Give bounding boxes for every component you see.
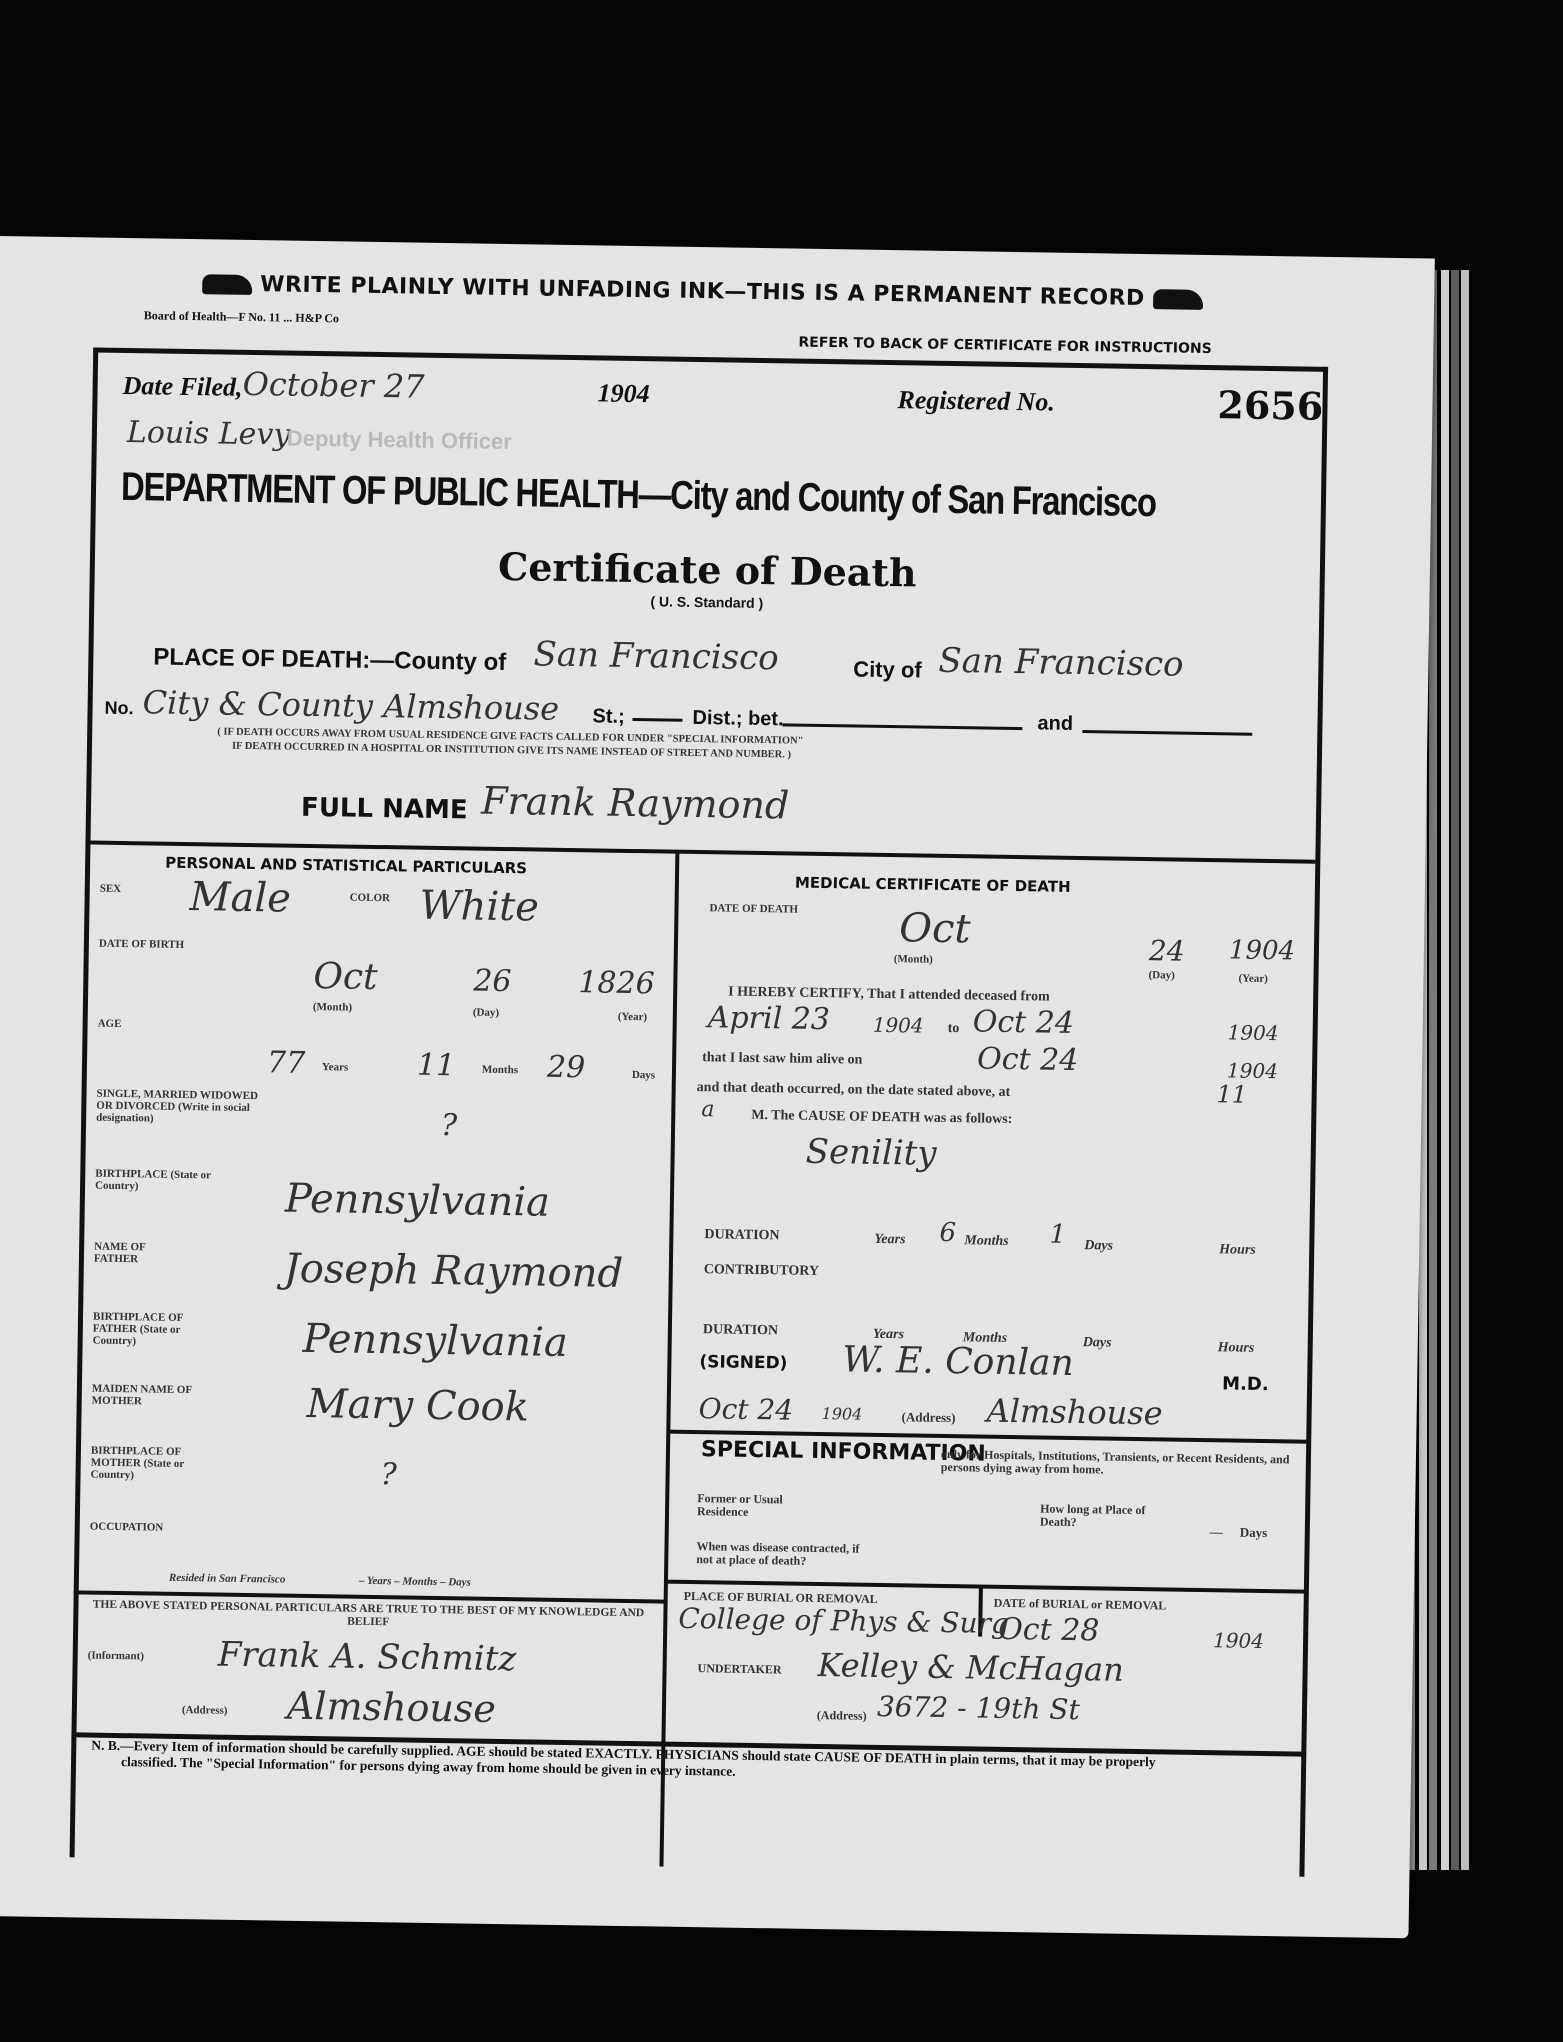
medical-section-title: MEDICAL CERTIFICATE OF DEATH <box>795 874 1071 896</box>
physician-address: Almshouse <box>986 1392 1163 1433</box>
dob-month-caption: (Month) <box>313 1001 352 1014</box>
permanent-record-warning: WRITE PLAINLY WITH UNFADING INK—THIS IS … <box>194 271 1211 312</box>
attest-statement: THE ABOVE STATED PERSONAL PARTICULARS AR… <box>83 1598 653 1632</box>
age-months-caption: Months <box>482 1064 518 1077</box>
county-value: San Francisco <box>533 634 779 678</box>
attended-to-year: 1904 <box>1227 1020 1278 1045</box>
deputy-signature: Louis Levy <box>127 415 291 453</box>
street-no-value: City & County Almshouse <box>142 683 559 728</box>
father-birthplace-label: BIRTHPLACE OF FATHER (State or Country) <box>93 1311 224 1349</box>
father-name-label: NAME OF FATHER <box>94 1241 184 1267</box>
department-title: DEPARTMENT OF PUBLIC HEALTH—City and Cou… <box>121 465 1156 526</box>
dob-day-caption: (Day) <box>473 1007 499 1020</box>
resided-value: – Years – Months – Days <box>359 1575 471 1589</box>
time-of-death-ampm: a <box>701 1097 715 1122</box>
occurred-text: and that death occurred, on the date sta… <box>697 1080 1011 1100</box>
mother-name-label: MAIDEN NAME OF MOTHER <box>92 1383 212 1409</box>
burial-place-value: College of Phys & Surg <box>678 1602 1009 1640</box>
registered-label: Registered No. <box>897 385 1055 417</box>
physician-signature: W. E. Conlan <box>842 1339 1074 1384</box>
mother-name-value: Mary Cook <box>306 1381 529 1430</box>
informant-address-value: Almshouse <box>287 1684 497 1731</box>
birthplace-label: BIRTHPLACE (State or Country) <box>95 1168 225 1194</box>
attended-from: April 23 <box>708 1000 831 1037</box>
how-long-days-caption: Days <box>1240 1526 1268 1541</box>
cause-text: M. The CAUSE OF DEATH was as follows: <box>751 1108 1012 1127</box>
dob-day: 26 <box>473 964 512 1000</box>
street-no-label: No. <box>104 698 133 719</box>
last-saw-year: 1904 <box>1227 1058 1278 1083</box>
age-label: AGE <box>98 1018 122 1030</box>
how-long-value: — <box>1210 1525 1223 1539</box>
age-months: 11 <box>417 1048 456 1084</box>
date-filed-label: Date Filed, <box>122 371 242 403</box>
signed-date: Oct 24 <box>698 1392 793 1426</box>
district-blank-1 <box>782 723 1022 730</box>
undertaker-label: UNDERTAKER <box>697 1662 781 1677</box>
dod-month-caption: (Month) <box>894 953 933 966</box>
date-filed-value: October 27 <box>242 365 424 406</box>
pointing-hand-icon <box>202 274 252 295</box>
sex-label: SEX <box>100 883 122 895</box>
last-saw-text: that I last saw him alive on <box>702 1050 862 1068</box>
special-info-subtitle: only for Hospitals, Institutions, Transi… <box>941 1448 1311 1480</box>
age-days: 29 <box>547 1050 586 1086</box>
occupation-label: OCCUPATION <box>90 1521 164 1534</box>
dod-year: 1904 <box>1229 935 1296 966</box>
duration-months-caption: Months <box>964 1233 1009 1249</box>
father-birthplace-value: Pennsylvania <box>302 1316 568 1366</box>
street-blank <box>632 718 682 722</box>
age-days-caption: Days <box>632 1069 655 1081</box>
last-saw-date: Oct 24 <box>977 1041 1079 1078</box>
contributory-label: CONTRIBUTORY <box>704 1262 819 1279</box>
attended-to-label: to <box>948 1021 960 1037</box>
full-name-label: FULL NAME <box>301 793 468 826</box>
full-name-value: Frank Raymond <box>481 779 790 828</box>
undertaker-address-value: 3672 - 19th St <box>877 1690 1080 1726</box>
street-label: St.; <box>592 705 625 729</box>
deputy-title: Deputy Health Officer <box>287 426 512 456</box>
burial-date-value: Oct 28 <box>998 1612 1100 1649</box>
undertaker-address-label: (Address) <box>817 1709 867 1723</box>
father-name-value: Joseph Raymond <box>283 1246 623 1297</box>
duration2-days-caption: Days <box>1083 1335 1112 1351</box>
burial-year-value: 1904 <box>1213 1628 1264 1653</box>
mother-birthplace-label: BIRTHPLACE OF MOTHER (State or Country) <box>90 1445 211 1483</box>
refer-instructions: REFER TO BACK OF CERTIFICATE FOR INSTRUC… <box>798 335 1212 357</box>
color-value: White <box>419 883 539 931</box>
dob-year: 1826 <box>578 965 655 1001</box>
undertaker-value: Kelley & McHagan <box>817 1646 1124 1689</box>
city-label: City of <box>853 656 922 683</box>
dod-label: DATE OF DEATH <box>709 902 798 915</box>
city-value: San Francisco <box>938 641 1184 685</box>
death-certificate-page: WRITE PLAINLY WITH UNFADING INK—THIS IS … <box>0 236 1435 1938</box>
marital-value: ? <box>441 1108 458 1143</box>
dod-day-caption: (Day) <box>1148 969 1174 982</box>
disease-contracted-label: When was disease contracted, if not at p… <box>696 1540 866 1569</box>
informant-address-label: (Address) <box>182 1704 228 1717</box>
dob-label: DATE OF BIRTH <box>99 938 184 951</box>
time-of-death-hour: 11 <box>1216 1080 1247 1108</box>
column-divider <box>659 852 679 1867</box>
attended-to: Oct 24 <box>973 1004 1075 1041</box>
color-label: COLOR <box>350 892 391 905</box>
certificate-frame: Date Filed, October 27 1904 Registered N… <box>70 347 1329 1876</box>
district-blank-2 <box>1082 730 1252 736</box>
attended-from-year: 1904 <box>873 1013 924 1038</box>
informant-value: Frank A. Schmitz <box>217 1635 516 1680</box>
registered-number: 2656 <box>1217 382 1323 429</box>
place-of-death-label: PLACE OF DEATH:—County of <box>153 643 506 677</box>
burial-date-label: DATE of BURIAL or REMOVAL <box>994 1597 1167 1613</box>
duration-days-caption: Days <box>1084 1238 1113 1254</box>
dod-year-caption: (Year) <box>1238 973 1268 986</box>
duration2-label: DURATION <box>703 1322 778 1339</box>
physician-address-label: (Address) <box>901 1410 955 1425</box>
dob-month: Oct <box>313 956 378 998</box>
birthplace-value: Pennsylvania <box>285 1176 551 1226</box>
duration-days: 1 <box>1049 1220 1066 1250</box>
dob-year-caption: (Year) <box>618 1011 648 1024</box>
former-residence-label: Former or Usual Residence <box>697 1492 807 1520</box>
duration-hours-caption: Hours <box>1219 1242 1256 1258</box>
duration-years-caption: Years <box>874 1232 905 1248</box>
signed-label: (SIGNED) <box>699 1352 787 1373</box>
pointing-hand-icon <box>1153 289 1203 310</box>
district-label: Dist.; bet. <box>692 707 783 731</box>
dod-day: 24 <box>1149 934 1185 968</box>
form-number: Board of Health—F No. 11 ... H&P Co <box>144 308 339 326</box>
date-filed-year: 1904 <box>597 378 649 409</box>
how-long-label: How long at Place of Death? <box>1040 1502 1160 1530</box>
duration-label: DURATION <box>704 1227 779 1244</box>
duration-months: 6 <box>939 1218 956 1248</box>
marital-label: SINGLE, MARRIED WIDOWED OR DIVORCED (Wri… <box>96 1088 267 1127</box>
age-years-caption: Years <box>322 1061 348 1074</box>
md-label: M.D. <box>1222 1373 1269 1395</box>
duration2-hours-caption: Hours <box>1218 1340 1255 1356</box>
sex-value: Male <box>189 874 291 922</box>
dod-month: Oct <box>899 905 971 952</box>
informant-label: (Informant) <box>88 1650 144 1663</box>
and-label: and <box>1037 712 1073 736</box>
mother-birthplace-value: ? <box>380 1457 397 1492</box>
age-years: 77 <box>267 1045 306 1081</box>
resided-label: Resided in San Francisco <box>169 1572 286 1586</box>
signed-year: 1904 <box>821 1404 862 1424</box>
cause-of-death: Senility <box>805 1132 936 1174</box>
